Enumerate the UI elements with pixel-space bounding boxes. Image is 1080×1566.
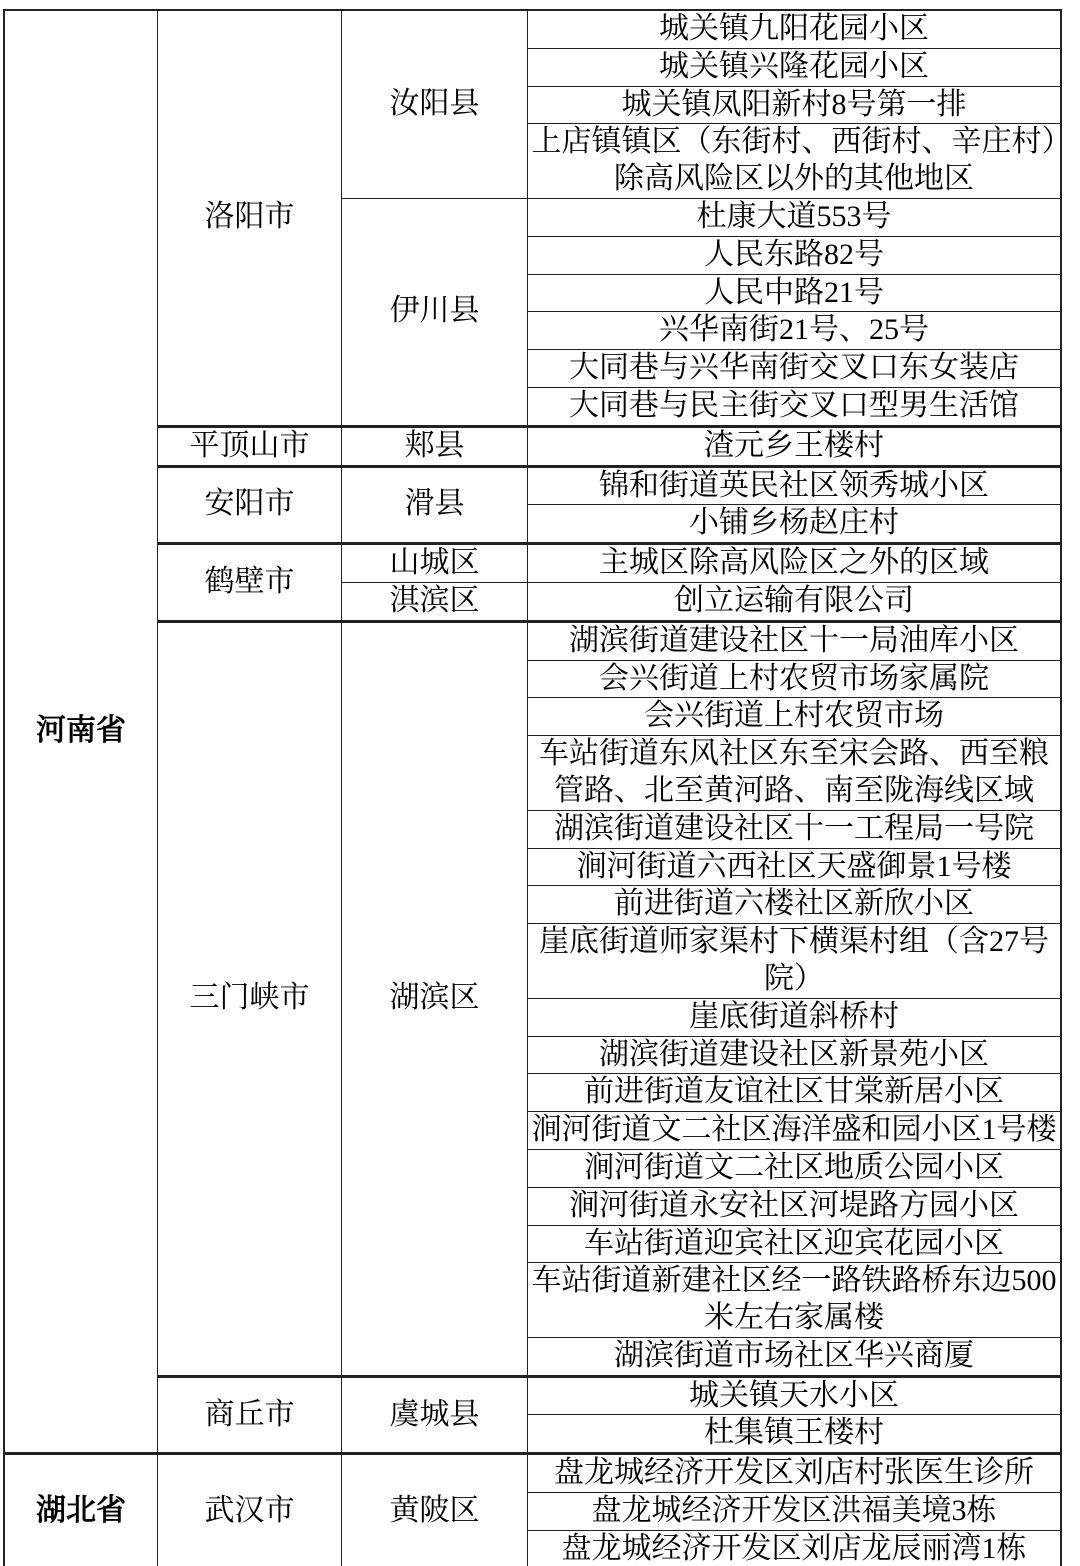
location-cell: 崖底街道斜桥村 — [528, 998, 1062, 1036]
location-cell: 城关镇兴隆花园小区 — [528, 48, 1062, 86]
county-cell: 伊川县 — [342, 198, 528, 426]
county-cell: 山城区 — [342, 544, 528, 583]
table-row: 湖北省武汉市黄陂区盘龙城经济开发区刘店村张医生诊所 — [4, 1454, 1061, 1493]
county-cell: 郏县 — [342, 426, 528, 466]
province-cell: 河南省 — [4, 10, 158, 1454]
location-cell: 人民东路82号 — [528, 236, 1062, 274]
province-cell: 湖北省 — [4, 1454, 158, 1566]
city-cell: 武汉市 — [158, 1454, 342, 1566]
location-cell: 杜康大道553号 — [528, 198, 1062, 236]
location-cell: 涧河街道文二社区地质公园小区 — [528, 1149, 1062, 1187]
location-cell: 前进街道六楼社区新欣小区 — [528, 886, 1062, 924]
city-cell: 平顶山市 — [158, 426, 342, 466]
location-cell: 会兴街道上村农贸市场 — [528, 698, 1062, 736]
location-cell: 会兴街道上村农贸市场家属院 — [528, 660, 1062, 698]
county-cell: 汝阳县 — [342, 10, 528, 198]
table-row: 平顶山市郏县渣元乡王楼村 — [4, 426, 1061, 466]
table-row: 河南省洛阳市汝阳县城关镇九阳花园小区 — [4, 10, 1061, 48]
location-cell: 主城区除高风险区之外的区域 — [528, 544, 1062, 583]
table-row: 商丘市虞城县城关镇天水小区 — [4, 1376, 1061, 1415]
location-cell: 涧河街道六西社区天盛御景1号楼 — [528, 848, 1062, 886]
city-cell: 商丘市 — [158, 1376, 342, 1454]
location-cell: 创立运输有限公司 — [528, 582, 1062, 621]
location-cell: 城关镇天水小区 — [528, 1376, 1062, 1415]
city-cell: 鹤壁市 — [158, 544, 342, 622]
city-cell: 安阳市 — [158, 466, 342, 544]
county-cell: 滑县 — [342, 466, 528, 544]
location-cell: 锦和街道英民社区领秀城小区 — [528, 466, 1062, 505]
location-cell: 车站街道东风社区东至宋会路、西至粮管路、北至黄河路、南至陇海线区域 — [528, 736, 1062, 811]
location-cell: 盘龙城经济开发区刘店龙辰丽湾1栋 — [528, 1530, 1062, 1566]
location-cell: 兴华南街21号、25号 — [528, 312, 1062, 350]
location-cell: 渣元乡王楼村 — [528, 426, 1062, 466]
location-cell: 崖底街道师家渠村下横渠村组（含27号院） — [528, 924, 1062, 999]
table-row: 鹤壁市山城区主城区除高风险区之外的区域 — [4, 544, 1061, 583]
location-cell: 车站街道新建社区经一路铁路桥东边500米左右家属楼 — [528, 1263, 1062, 1338]
location-cell: 湖滨街道市场社区华兴商厦 — [528, 1337, 1062, 1376]
table-row: 安阳市滑县锦和街道英民社区领秀城小区 — [4, 466, 1061, 505]
location-cell: 车站街道迎宾社区迎宾花园小区 — [528, 1225, 1062, 1263]
location-cell: 城关镇九阳花园小区 — [528, 10, 1062, 48]
location-cell: 大同巷与民主街交叉口型男生活馆 — [528, 387, 1062, 426]
location-cell: 湖滨街道建设社区新景苑小区 — [528, 1036, 1062, 1074]
location-cell: 前进街道友谊社区甘棠新居小区 — [528, 1074, 1062, 1112]
location-cell: 湖滨街道建设社区十一局油库小区 — [528, 621, 1062, 660]
county-cell: 淇滨区 — [342, 582, 528, 621]
location-cell: 大同巷与兴华南街交叉口东女装店 — [528, 350, 1062, 388]
county-cell: 黄陂区 — [342, 1454, 528, 1566]
location-cell: 杜集镇王楼村 — [528, 1415, 1062, 1454]
location-cell: 上店镇镇区（东街村、西街村、辛庄村）除高风险区以外的其他地区 — [528, 124, 1062, 199]
location-cell: 城关镇凤阳新村8号第一排 — [528, 86, 1062, 124]
location-cell: 人民中路21号 — [528, 274, 1062, 312]
location-cell: 涧河街道永安社区河堤路方园小区 — [528, 1187, 1062, 1225]
risk-area-table-body: 河南省洛阳市汝阳县城关镇九阳花园小区城关镇兴隆花园小区城关镇凤阳新村8号第一排上… — [4, 10, 1061, 1566]
county-cell: 虞城县 — [342, 1376, 528, 1454]
location-cell: 盘龙城经济开发区刘店村张医生诊所 — [528, 1454, 1062, 1493]
location-cell: 小铺乡杨赵庄村 — [528, 505, 1062, 544]
city-cell: 三门峡市 — [158, 621, 342, 1376]
location-cell: 涧河街道文二社区海洋盛和园小区1号楼 — [528, 1112, 1062, 1150]
table-row: 三门峡市湖滨区湖滨街道建设社区十一局油库小区 — [4, 621, 1061, 660]
county-cell: 湖滨区 — [342, 621, 528, 1376]
city-cell: 洛阳市 — [158, 10, 342, 426]
risk-area-table: 河南省洛阳市汝阳县城关镇九阳花园小区城关镇兴隆花园小区城关镇凤阳新村8号第一排上… — [3, 9, 1062, 1566]
location-cell: 湖滨街道建设社区十一工程局一号院 — [528, 810, 1062, 848]
location-cell: 盘龙城经济开发区洪福美境3栋 — [528, 1493, 1062, 1531]
